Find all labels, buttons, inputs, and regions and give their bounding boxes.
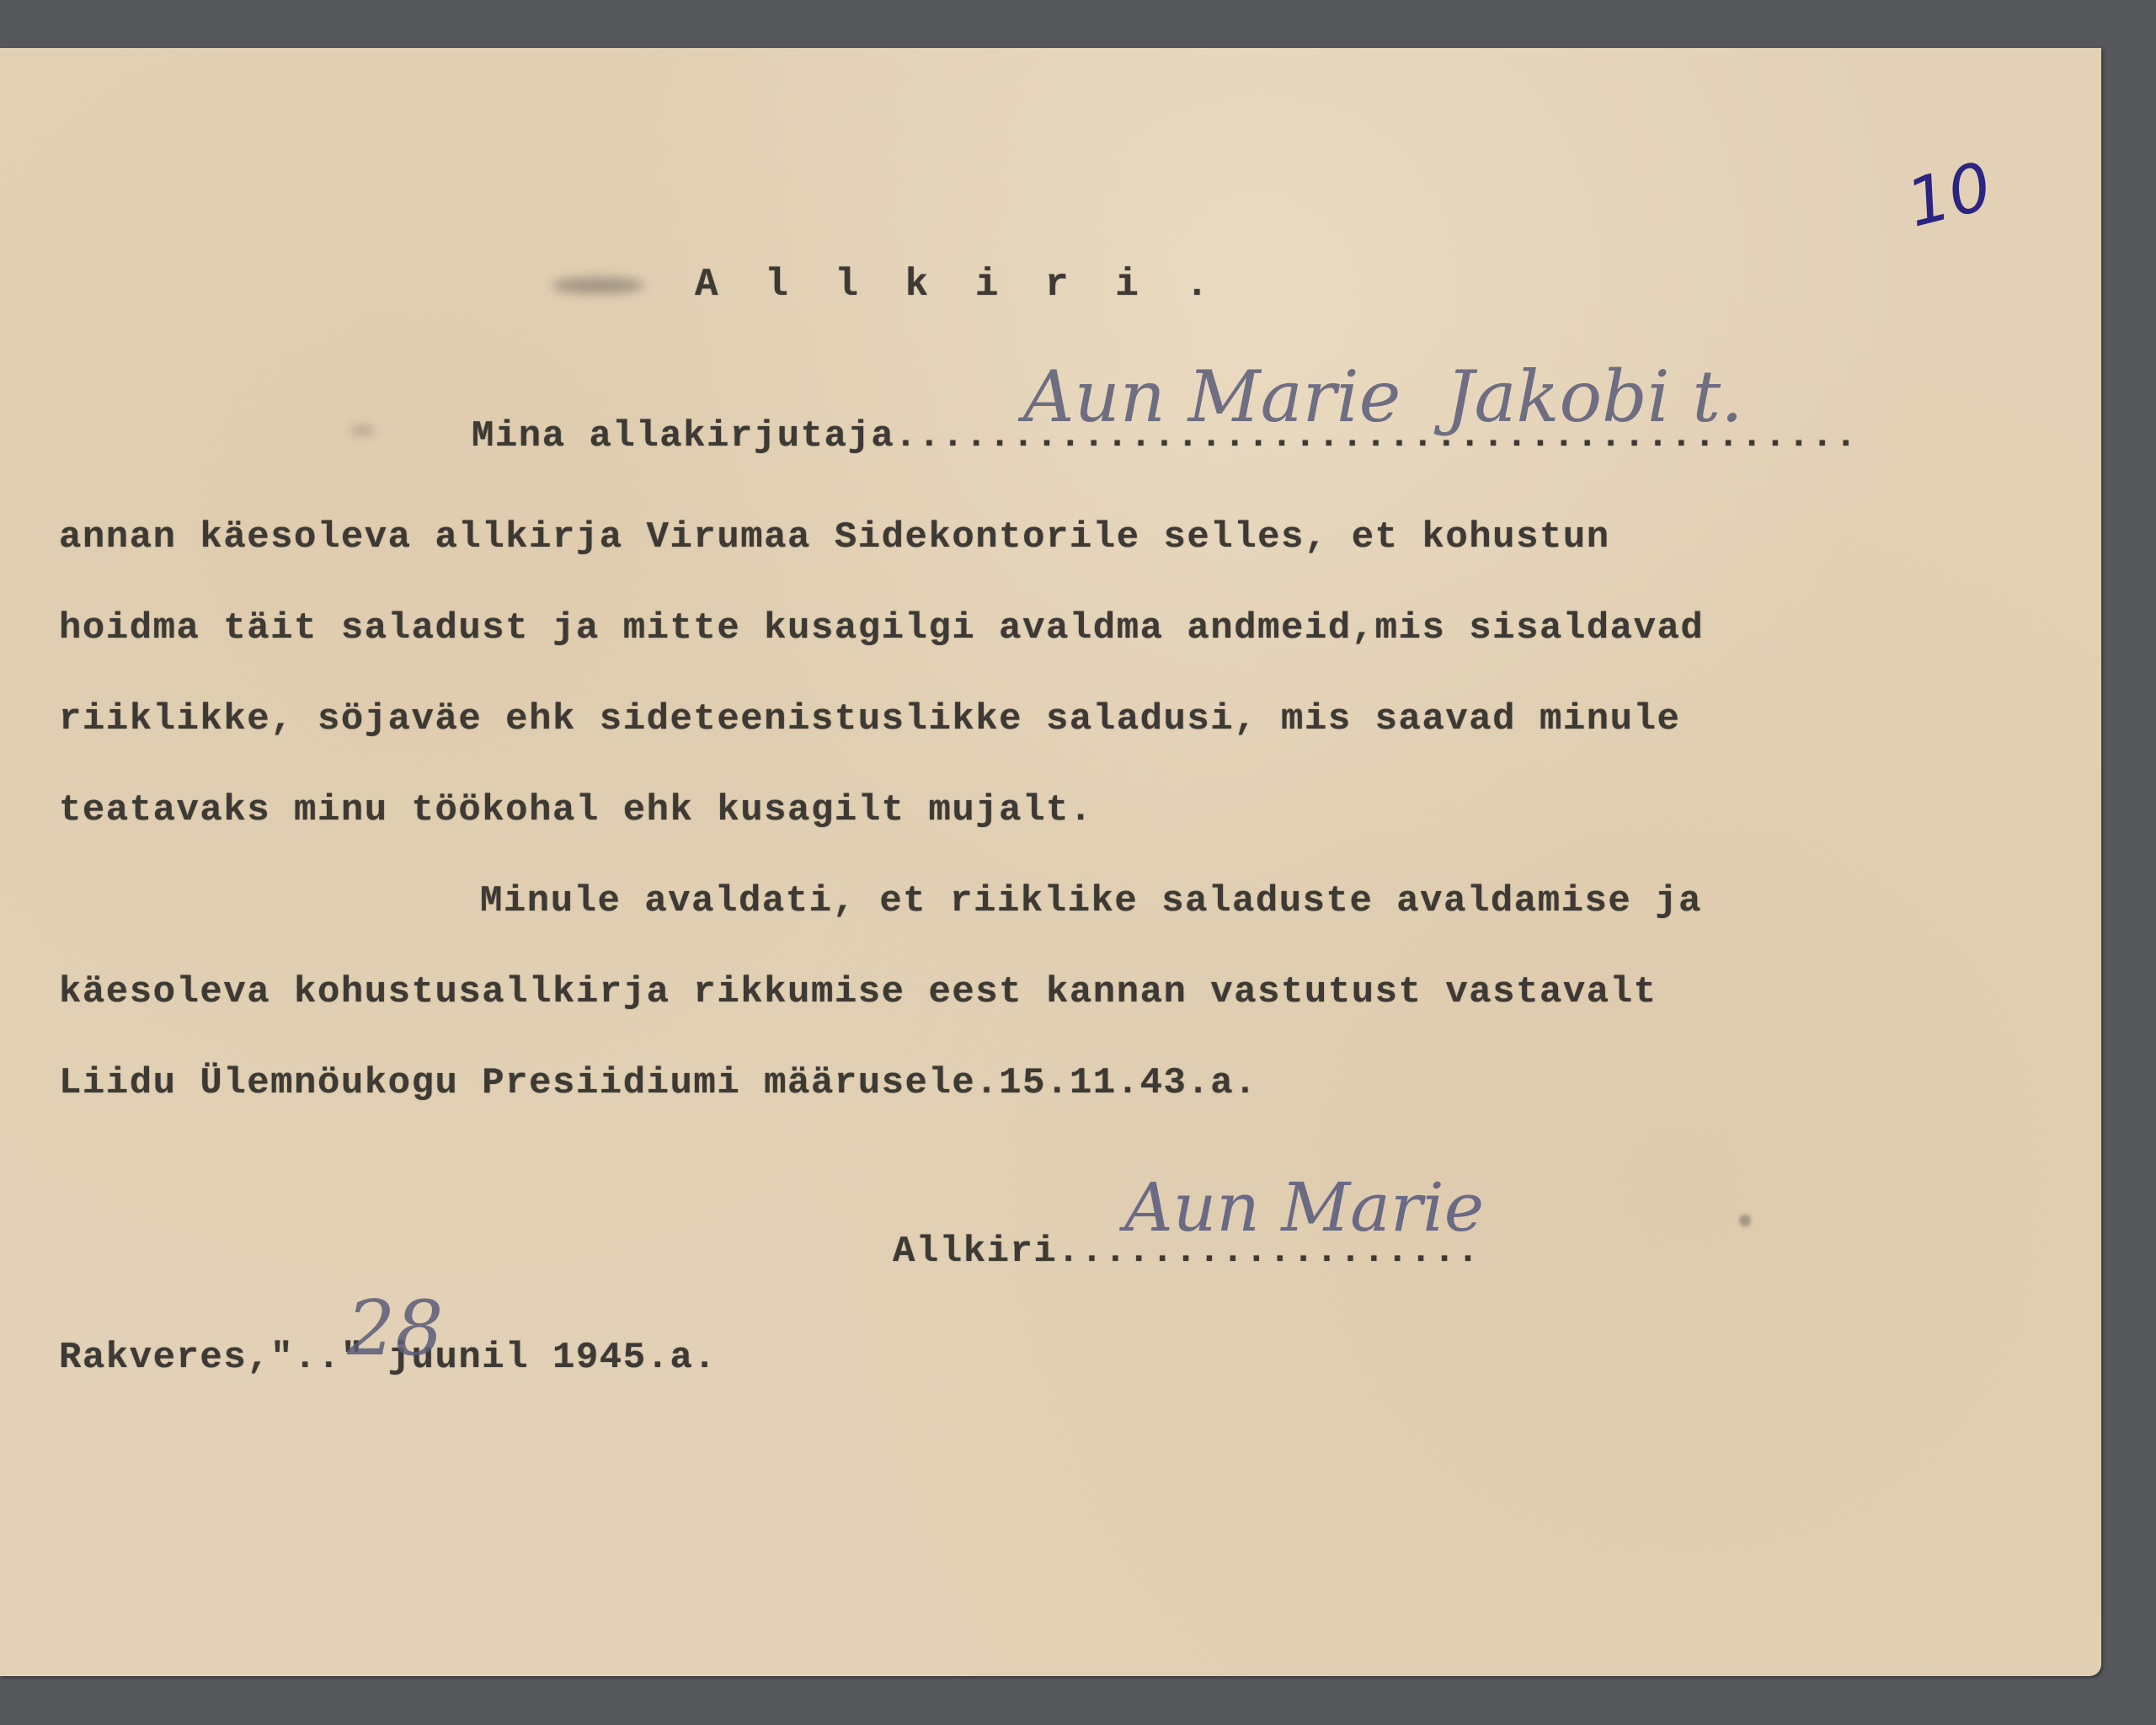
paragraph2-line-3: Liidu Ülemnöukogu Presiidiumi määrusele.… bbox=[59, 1062, 1257, 1104]
paragraph2-line-1: Minule avaldati, et riiklike saladuste a… bbox=[480, 880, 1702, 922]
date-quote-open: " bbox=[270, 1337, 294, 1379]
paragraph2-line-2: käesoleva kohustusallkirja rikkumise ees… bbox=[59, 971, 1657, 1013]
ink-smudge bbox=[552, 277, 644, 294]
intro-label-text: Mina allakirjutaja bbox=[472, 415, 894, 457]
document-title: A l l k i r i . bbox=[695, 263, 1220, 307]
body-line-2: hoidma täit saladust ja mitte kusagilgi … bbox=[59, 607, 1704, 649]
body-line-1: annan käesoleva allkirja Virumaa Sidekon… bbox=[59, 516, 1610, 558]
document-page: 10 A l l k i r i . Mina allakirjutaja...… bbox=[0, 48, 2101, 1676]
body-line-3: riiklikke, söjaväe ehk sideteenistuslikk… bbox=[59, 698, 1680, 740]
page-number: 10 bbox=[1900, 148, 1999, 242]
signer-name-handwritten: Aun Marie Jakobi t. bbox=[1023, 355, 1743, 438]
signature-handwritten: Aun Marie bbox=[1124, 1168, 1484, 1247]
date-day-fill: .. bbox=[294, 1337, 341, 1379]
body-line-4: teatavaks minu töökohal ehk kusagilt muj… bbox=[59, 789, 1093, 831]
ink-dot bbox=[1739, 1215, 1751, 1226]
date-day-handwritten: 28 bbox=[347, 1284, 444, 1373]
signature-label: Allkiri bbox=[893, 1231, 1057, 1273]
ink-smudge bbox=[350, 427, 375, 434]
date-place: Rakveres, bbox=[59, 1337, 270, 1379]
